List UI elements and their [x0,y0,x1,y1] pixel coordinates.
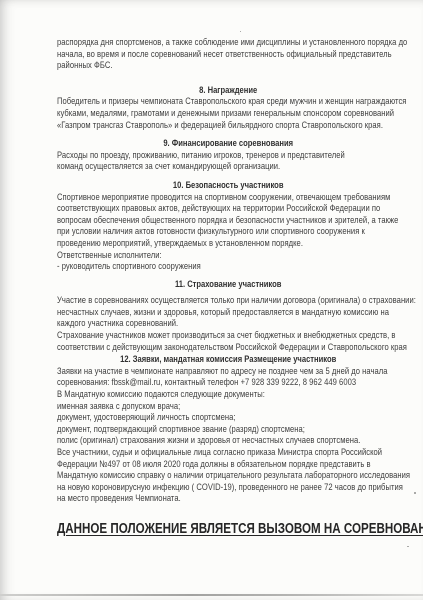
section-line: полис (оригинал) страхования жизни и здо… [57,435,399,447]
document-section: 12. Заявки, мандатная комиссия Размещени… [57,354,399,505]
intro-line: начала, во время и после соревнований не… [57,49,399,61]
section-line: Страхование участников может производить… [57,330,399,342]
section-line: Участие в соревнованиях осуществляется т… [57,295,399,307]
document-section: 11. Страхование участниковУчастие в соре… [57,279,399,354]
section-line: документ, удостоверяющий личность спортс… [57,412,399,424]
section-line: Расходы по проезду, проживанию, питанию … [57,150,399,162]
section-line: Победитель и призеры чемпионата Ставропо… [57,96,399,108]
section-line: Ответственные исполнители: [57,250,399,262]
section-line: Заявки на участие в чемпионате направляю… [57,366,399,378]
section-line: документ, подтверждающий спортивное зван… [57,424,399,436]
document-section: 8. НаграждениеПобедитель и призеры чемпи… [57,85,399,131]
section-heading: 11. Страхование участников [57,279,399,291]
section-heading: 8. Награждение [57,85,399,97]
scan-artifact-line [0,594,423,596]
scan-speck [407,546,409,547]
section-line: несчастных случаев, жизни и здоровья, ко… [57,307,399,319]
section-line: соответствии с действующим законодательс… [57,342,399,354]
section-line: на новую короновирусную инфекцию ( COVID… [57,482,399,494]
section-line: кубками, медалями, грамотами и денежными… [57,108,399,120]
document-body: распорядка дня спортсменов, а также собл… [57,37,399,538]
section-line: Спортивное мероприятие проводится на спо… [57,192,399,204]
scanned-document-page: распорядка дня спортсменов, а также собл… [0,0,423,600]
section-heading: 10. Безопасность участников [57,180,399,192]
section-line: «Газпром трансгаз Ставрополь» и федераци… [57,120,399,132]
section-line: соревнования: fbssk@mail.ru, контактный … [57,377,399,389]
intro-line: районных ФБС. [57,60,399,72]
intro-paragraph: распорядка дня спортсменов, а также собл… [57,37,399,72]
document-section: 10. Безопасность участниковСпортивное ме… [57,180,399,273]
section-line: при условии наличия актов готовности физ… [57,226,399,238]
section-heading: 12. Заявки, мандатная комиссия Размещени… [57,354,399,366]
section-line: именная заявка с допуском врача; [57,401,399,413]
section-line: В Мандатную комиссию подаются следующие … [57,389,399,401]
document-section: 9. Финансирование соревнованияРасходы по… [57,138,399,173]
intro-line: распорядка дня спортсменов, а также собл… [57,37,399,49]
section-line: - руководитель спортивного сооружения [57,261,399,273]
section-line: вопросам обеспечения общественного поряд… [57,215,399,227]
section-line: Федерации №497 от 08 июля 2020 года долж… [57,459,399,471]
section-line: Все участники, судьи и официальные лица … [57,447,399,459]
section-line: соответствующих правовых актов, действую… [57,203,399,215]
section-heading: 9. Финансирование соревнования [57,138,399,150]
section-line: команд осуществляется за счет командирую… [57,161,399,173]
section-line: на место проведения Чемпионата. [57,493,399,505]
footer-statement: ДАННОЕ ПОЛОЖЕНИЕ ЯВЛЯЕТСЯ ВЫЗОВОМ НА СОР… [57,521,399,538]
sections-container: 8. НаграждениеПобедитель и призеры чемпи… [57,85,399,505]
scan-speck [414,492,416,494]
section-line: Мандатную комиссию справку о наличии отр… [57,470,399,482]
scan-speck [240,31,241,32]
section-line: каждого участника соревнований. [57,318,399,330]
section-line: проведению мероприятий, утверждаемых в у… [57,238,399,250]
